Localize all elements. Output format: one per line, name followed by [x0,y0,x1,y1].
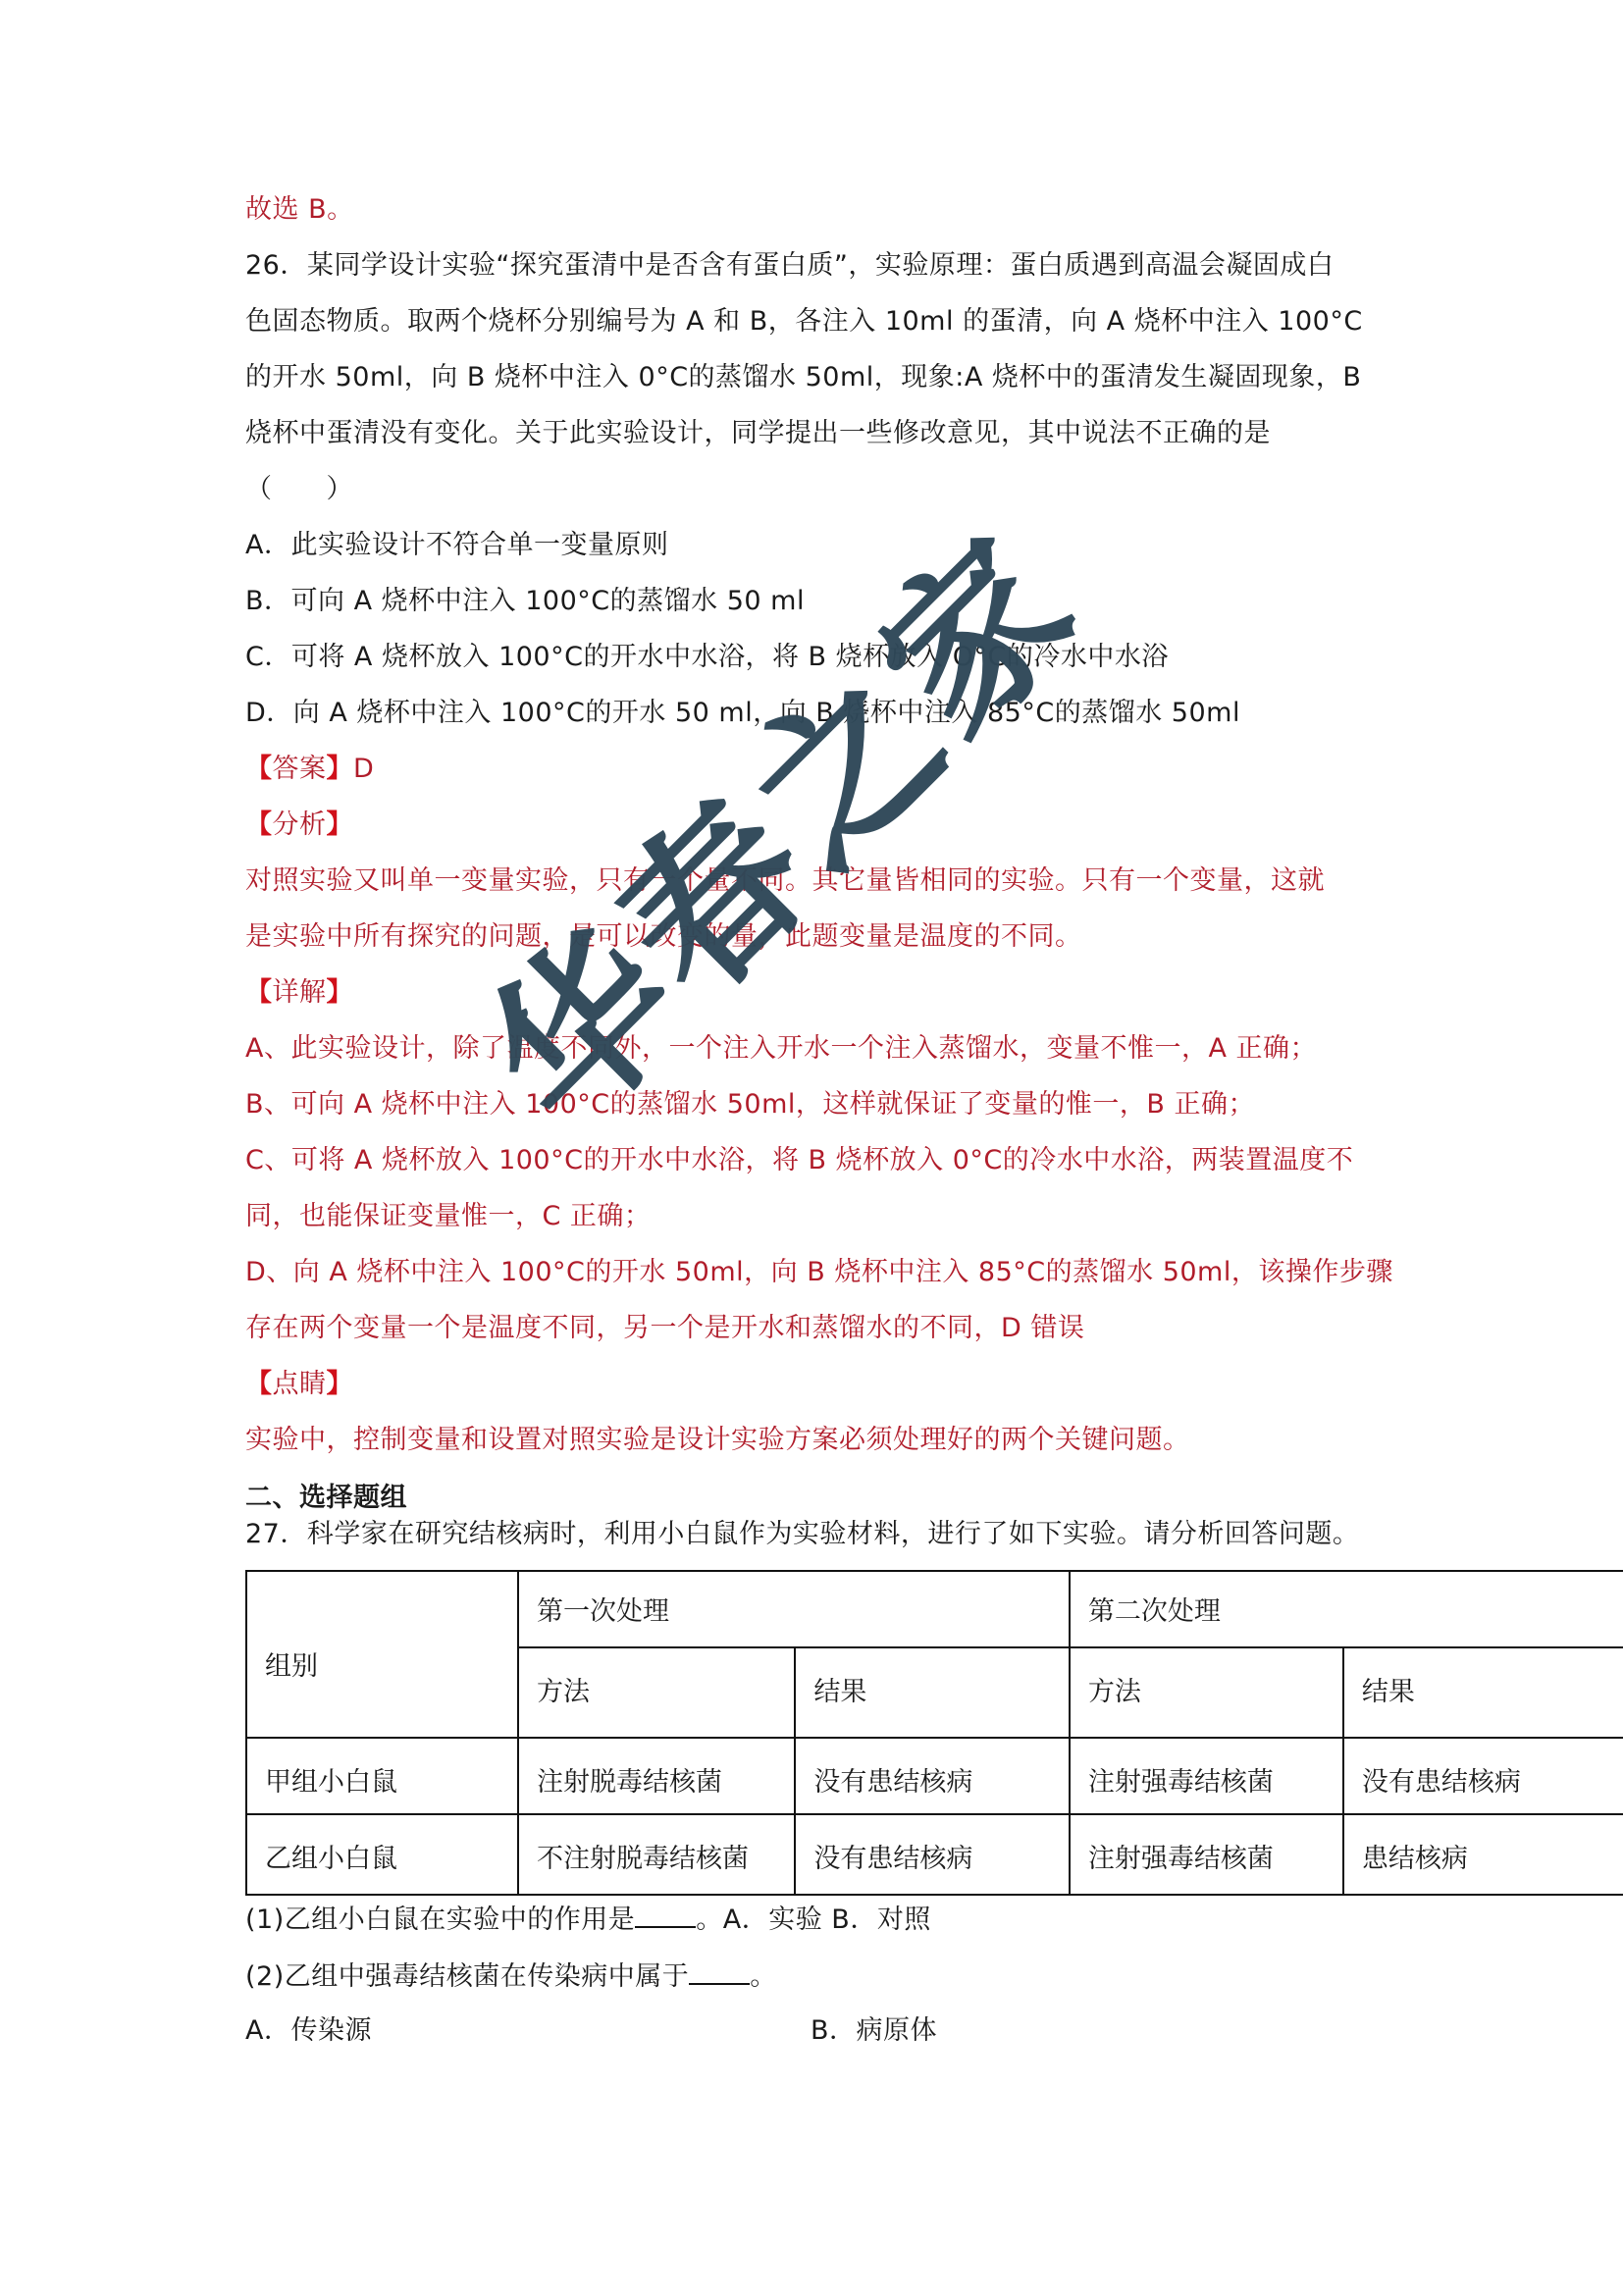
option-b: B．可向 A 烧杯中注入 100°C的蒸馏水 50 ml [245,585,805,618]
document-page: 故选 B。 26．某同学设计实验“探究蛋清中是否含有蛋白质”，实验原理：蛋白质遇… [0,0,1623,2296]
subheader-result-2: 结果 [1343,1647,1623,1738]
table-header-row: 组别 第一次处理 第二次处理 [246,1571,1623,1647]
bracket-close: 】 [327,754,354,784]
detail-line-1: A、此实验设计，除了温度不同外，一个注入开水一个注入蒸馏水，变量不惟一，A 正确… [245,1032,1317,1066]
option-d: D．向 A 烧杯中注入 100°C的开水 50 ml，向 B 烧杯中注入 85°… [245,697,1240,730]
cell-method-2: 注射强毒结核菌 [1070,1814,1343,1895]
sub-question-2-suffix: 。 [750,1961,777,1992]
bracket-open: 【 [245,754,273,784]
section-heading: 二、选择题组 [245,1482,407,1515]
question-26-stem-line-3: 的开水 50ml，向 B 烧杯中注入 0°C的蒸馏水 50ml，现象:A 烧杯中… [245,361,1361,394]
bracket-close: 】 [327,1369,354,1399]
detail-line-5: D、向 A 烧杯中注入 100°C的开水 50ml，向 B 烧杯中注入 85°C… [245,1256,1393,1289]
header-second-treatment: 第二次处理 [1070,1571,1623,1647]
previous-answer-conclusion: 故选 B。 [245,193,354,227]
cell-result-1: 没有患结核病 [795,1738,1069,1814]
question-26-answer-parens: （ ） [245,473,353,506]
detail-line-6: 存在两个变量一个是温度不同，另一个是开水和蒸馏水的不同，D 错误 [245,1312,1084,1345]
detail-heading: 【详解】 [245,976,353,1010]
tip-heading: 【点睛】 [245,1368,353,1401]
question-26-stem-line-1: 26．某同学设计实验“探究蛋清中是否含有蛋白质”，实验原理：蛋白质遇到高温会凝固… [245,249,1334,283]
option-c: C．可将 A 烧杯放入 100°C的开水中水浴，将 B 烧杯放入 O°C的冷水中… [245,641,1169,674]
bracket-close: 】 [327,809,354,840]
answer-blank[interactable] [689,1957,750,1985]
bracket-open: 【 [245,1369,273,1399]
bracket-open: 【 [245,977,273,1008]
cell-group: 乙组小白鼠 [246,1814,518,1895]
subheader-method-1: 方法 [518,1647,795,1738]
experiment-table: 组别 第一次处理 第二次处理 方法 结果 方法 结果 甲组小白鼠 注射脱毒结核菌… [245,1570,1623,1896]
subheader-result-1: 结果 [795,1647,1069,1738]
analysis-heading: 【分析】 [245,809,353,842]
sub-question-1: (1)乙组小白鼠在实验中的作用是。A．实验 B．对照 [245,1901,931,1937]
cell-result-2: 患结核病 [1343,1814,1623,1895]
bracket-close: 】 [327,977,354,1008]
detail-line-4: 同，也能保证变量惟一，C 正确； [245,1200,651,1233]
bracket-open: 【 [245,809,273,840]
subheader-method-2: 方法 [1070,1647,1343,1738]
answer-value: D [353,754,374,784]
cell-group: 甲组小白鼠 [246,1738,518,1814]
detail-line-3: C、可将 A 烧杯放入 100°C的开水中水浴，将 B 烧杯放入 0°C的冷水中… [245,1144,1353,1177]
question-26-stem-line-4: 烧杯中蛋清没有变化。关于此实验设计，同学提出一些修改意见，其中说法不正确的是 [245,417,1271,450]
sub-question-2-prefix: (2)乙组中强毒结核菌在传染病中属于 [245,1961,689,1992]
question-27-stem: 27．科学家在研究结核病时，利用小白鼠作为实验材料，进行了如下实验。请分析回答问… [245,1518,1359,1551]
tip-label: 点睛 [273,1369,327,1399]
cell-result-2: 没有患结核病 [1343,1738,1623,1814]
answer-blank[interactable] [635,1901,696,1928]
header-group: 组别 [246,1571,518,1738]
cell-result-1: 没有患结核病 [795,1814,1069,1895]
sub-question-1-prefix: (1)乙组小白鼠在实验中的作用是 [245,1905,635,1935]
detail-label: 详解 [273,977,327,1008]
cell-method-2: 注射强毒结核菌 [1070,1738,1343,1814]
option-a: A．此实验设计不符合单一变量原则 [245,529,668,562]
table-row: 乙组小白鼠 不注射脱毒结核菌 没有患结核病 注射强毒结核菌 患结核病 [246,1814,1623,1895]
answer-section: 【答案】D [245,753,374,786]
sub-question-2-option-b: B．病原体 [811,2014,937,2048]
answer-label: 答案 [273,754,327,784]
table-row: 甲组小白鼠 注射脱毒结核菌 没有患结核病 注射强毒结核菌 没有患结核病 [246,1738,1623,1814]
header-first-treatment: 第一次处理 [518,1571,1070,1647]
cell-method-1: 注射脱毒结核菌 [518,1738,795,1814]
detail-line-2: B、可向 A 烧杯中注入 100°C的蒸馏水 50ml，这样就保证了变量的惟一，… [245,1088,1255,1122]
analysis-line-1: 对照实验又叫单一变量实验，只有一个量不同。其它量皆相同的实验。只有一个变量，这就 [245,864,1325,898]
question-26-stem-line-2: 色固态物质。取两个烧杯分别编号为 A 和 B，各注入 10ml 的蛋清，向 A … [245,305,1363,339]
sub-question-2-option-a: A．传染源 [245,2014,372,2048]
sub-question-1-suffix: 。A．实验 B．对照 [696,1905,931,1935]
cell-method-1: 不注射脱毒结核菌 [518,1814,795,1895]
sub-question-2: (2)乙组中强毒结核菌在传染病中属于。 [245,1957,777,1994]
tip-line: 实验中，控制变量和设置对照实验是设计实验方案必须处理好的两个关键问题。 [245,1424,1190,1457]
analysis-label: 分析 [273,809,327,840]
analysis-line-2: 是实验中所有探究的问题，是可以改变的量，此题变量是温度的不同。 [245,920,1082,954]
